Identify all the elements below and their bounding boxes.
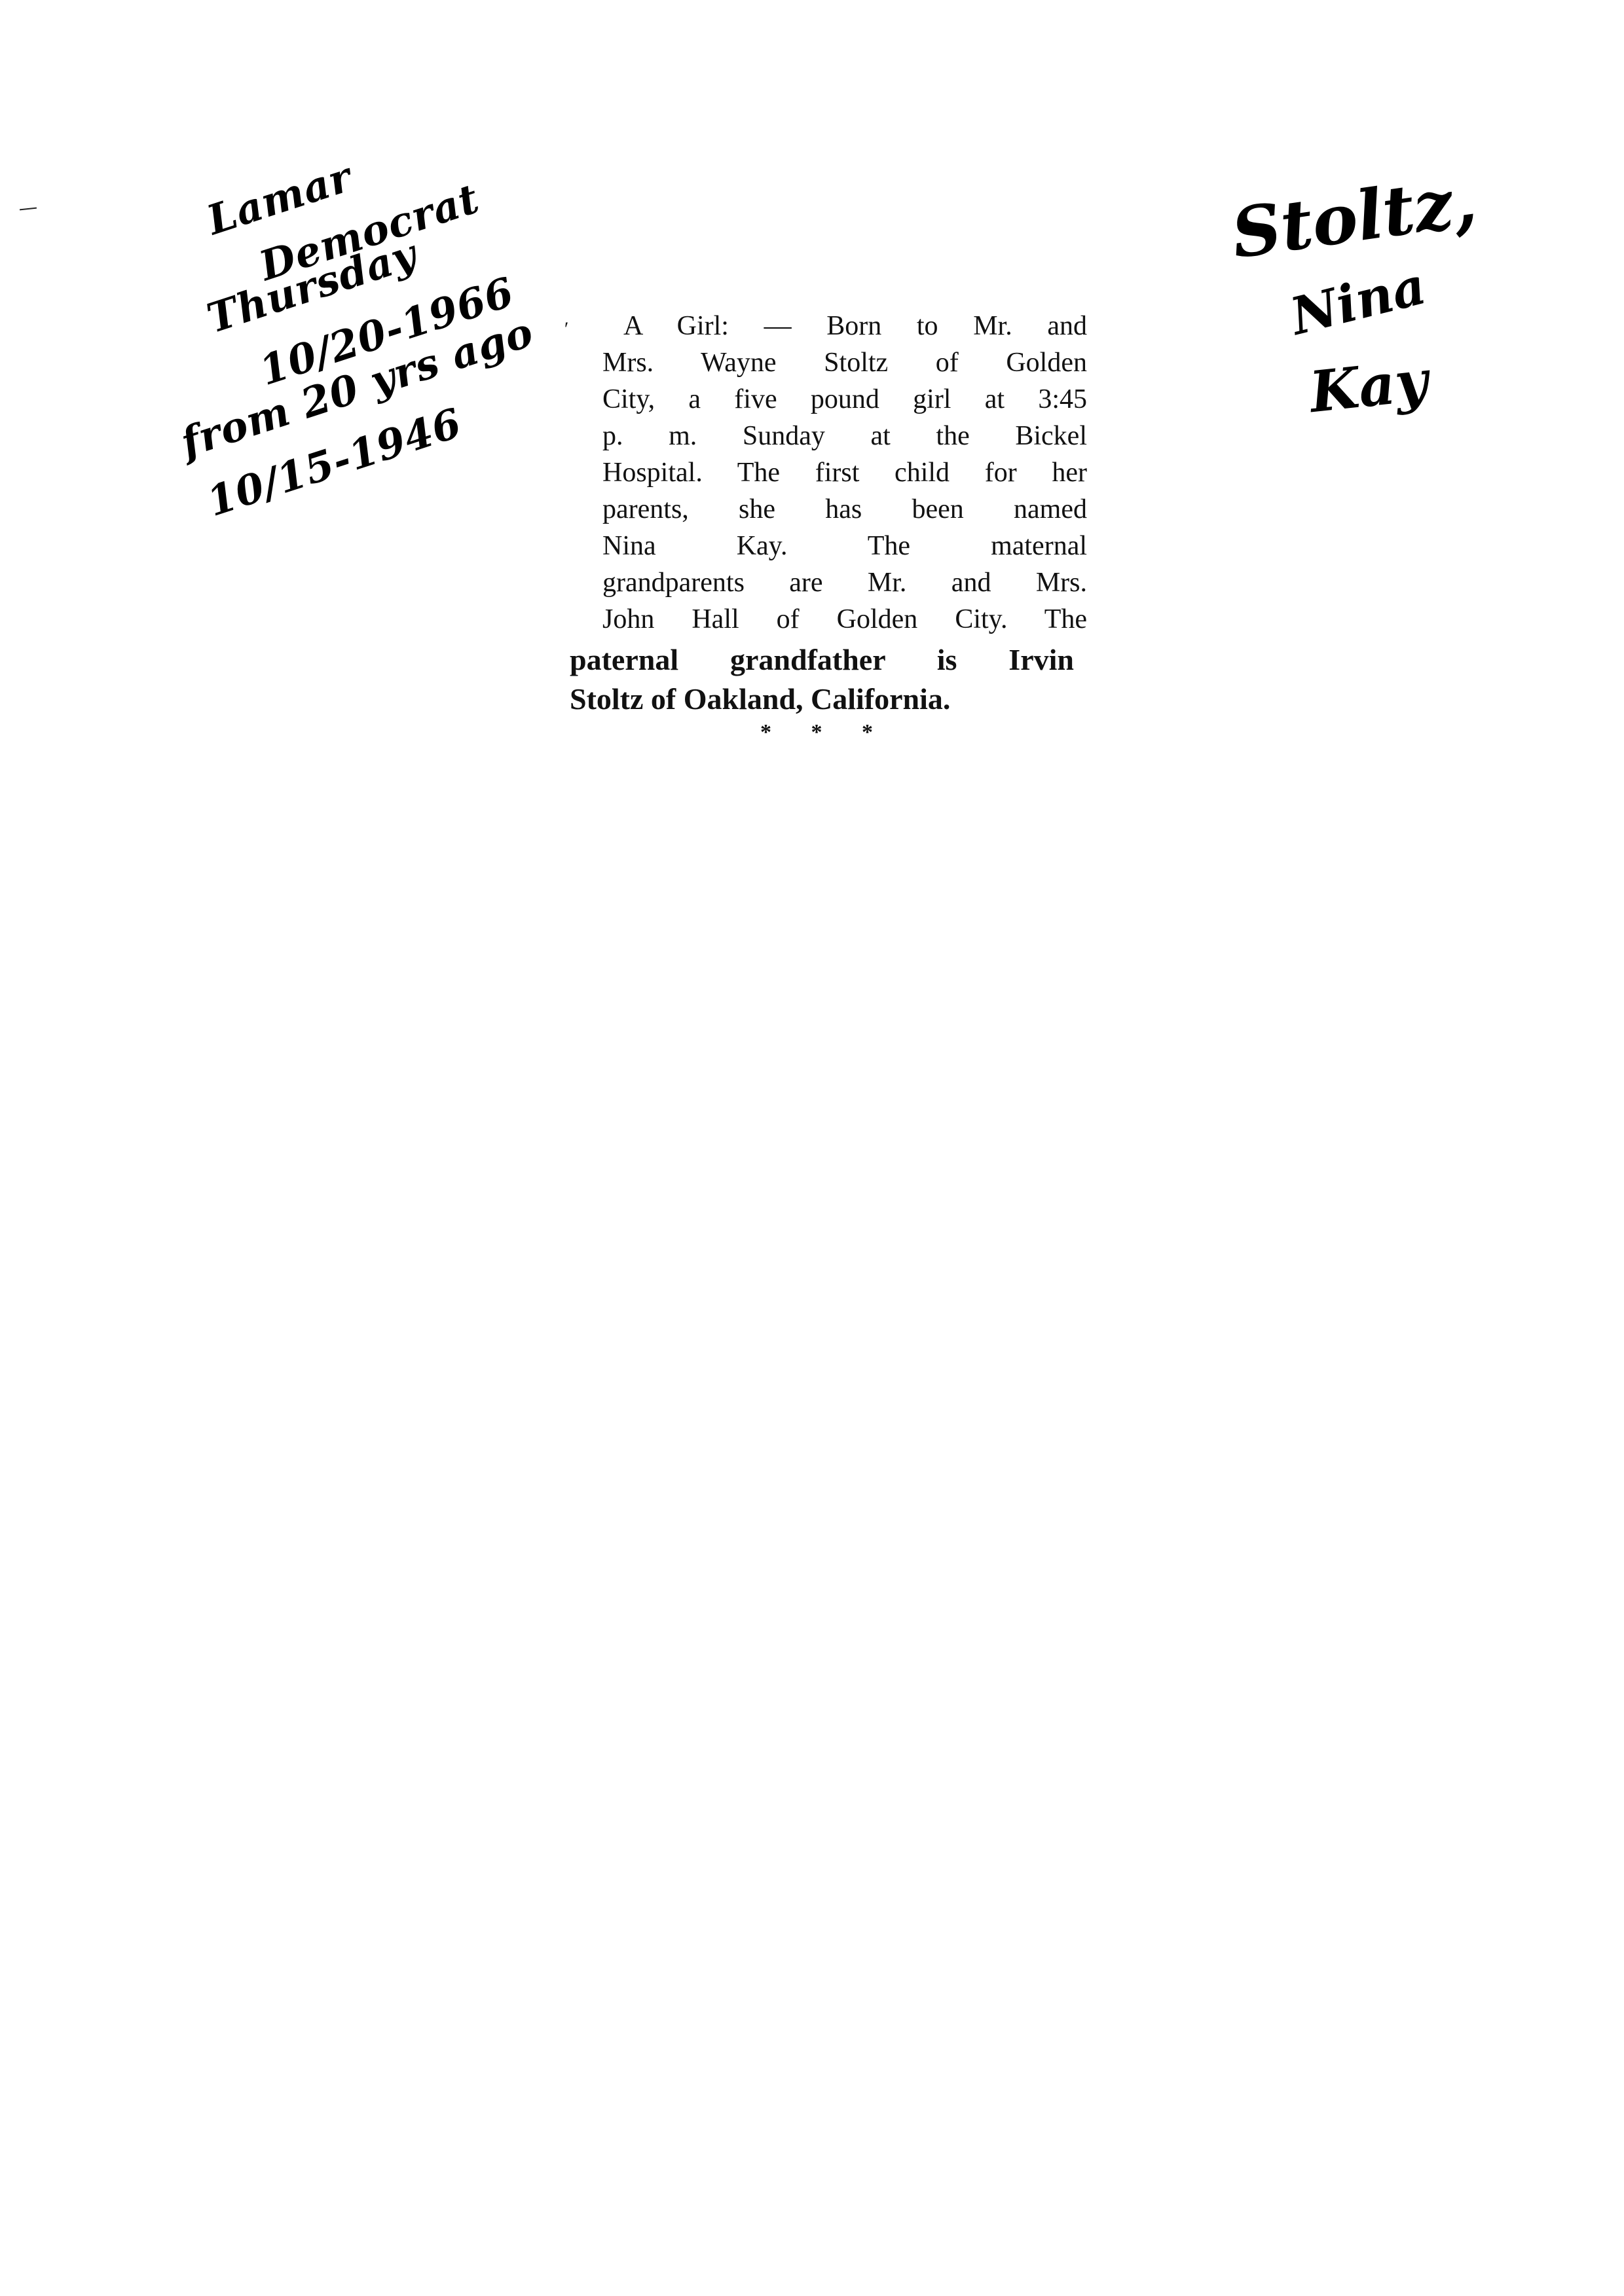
handwritten-name-note: Stoltz, Nina Kay [1218, 164, 1532, 465]
newspaper-clipping: ′ A Girl: — Born to Mr. and Mrs. Wayne S… [570, 308, 1067, 745]
handwritten-first-name: Nina [1285, 256, 1431, 347]
clipping-line: Hospital. The first child for her [602, 454, 1087, 491]
clipping-bold-line: paternal grandfather is Irvin [570, 640, 1074, 680]
clipping-mark: ′ [563, 318, 568, 340]
handwritten-source-note: Lamar Democrat Thursday 10/20-1966 from … [177, 170, 544, 563]
clipping-line: City, a five pound girl at 3:45 [602, 381, 1087, 418]
birth-announcement-body: A Girl: — Born to Mr. and Mrs. Wayne Sto… [602, 308, 1087, 638]
birth-announcement-bold: paternal grandfather is Irvin Stoltz of … [570, 640, 1074, 719]
handwritten-middle-name: Kay [1306, 348, 1431, 426]
scan-artifact-mark [20, 208, 37, 211]
clipping-line: A Girl: — Born to Mr. and [602, 308, 1087, 344]
clipping-line: grandparents are Mr. and Mrs. [602, 564, 1087, 601]
clipping-line: Mrs. Wayne Stoltz of Golden [602, 344, 1087, 381]
clipping-line: Nina Kay. The maternal [602, 528, 1087, 564]
clipping-line: John Hall of Golden City. The [602, 601, 1087, 638]
section-separator: * * * [596, 720, 1054, 745]
clipping-line: p. m. Sunday at the Bickel [602, 418, 1087, 454]
clipping-line: parents, she has been named [602, 491, 1087, 528]
handwritten-surname: Stoltz, [1227, 160, 1481, 274]
clipping-bold-line: Stoltz of Oakland, California. [570, 680, 1074, 719]
